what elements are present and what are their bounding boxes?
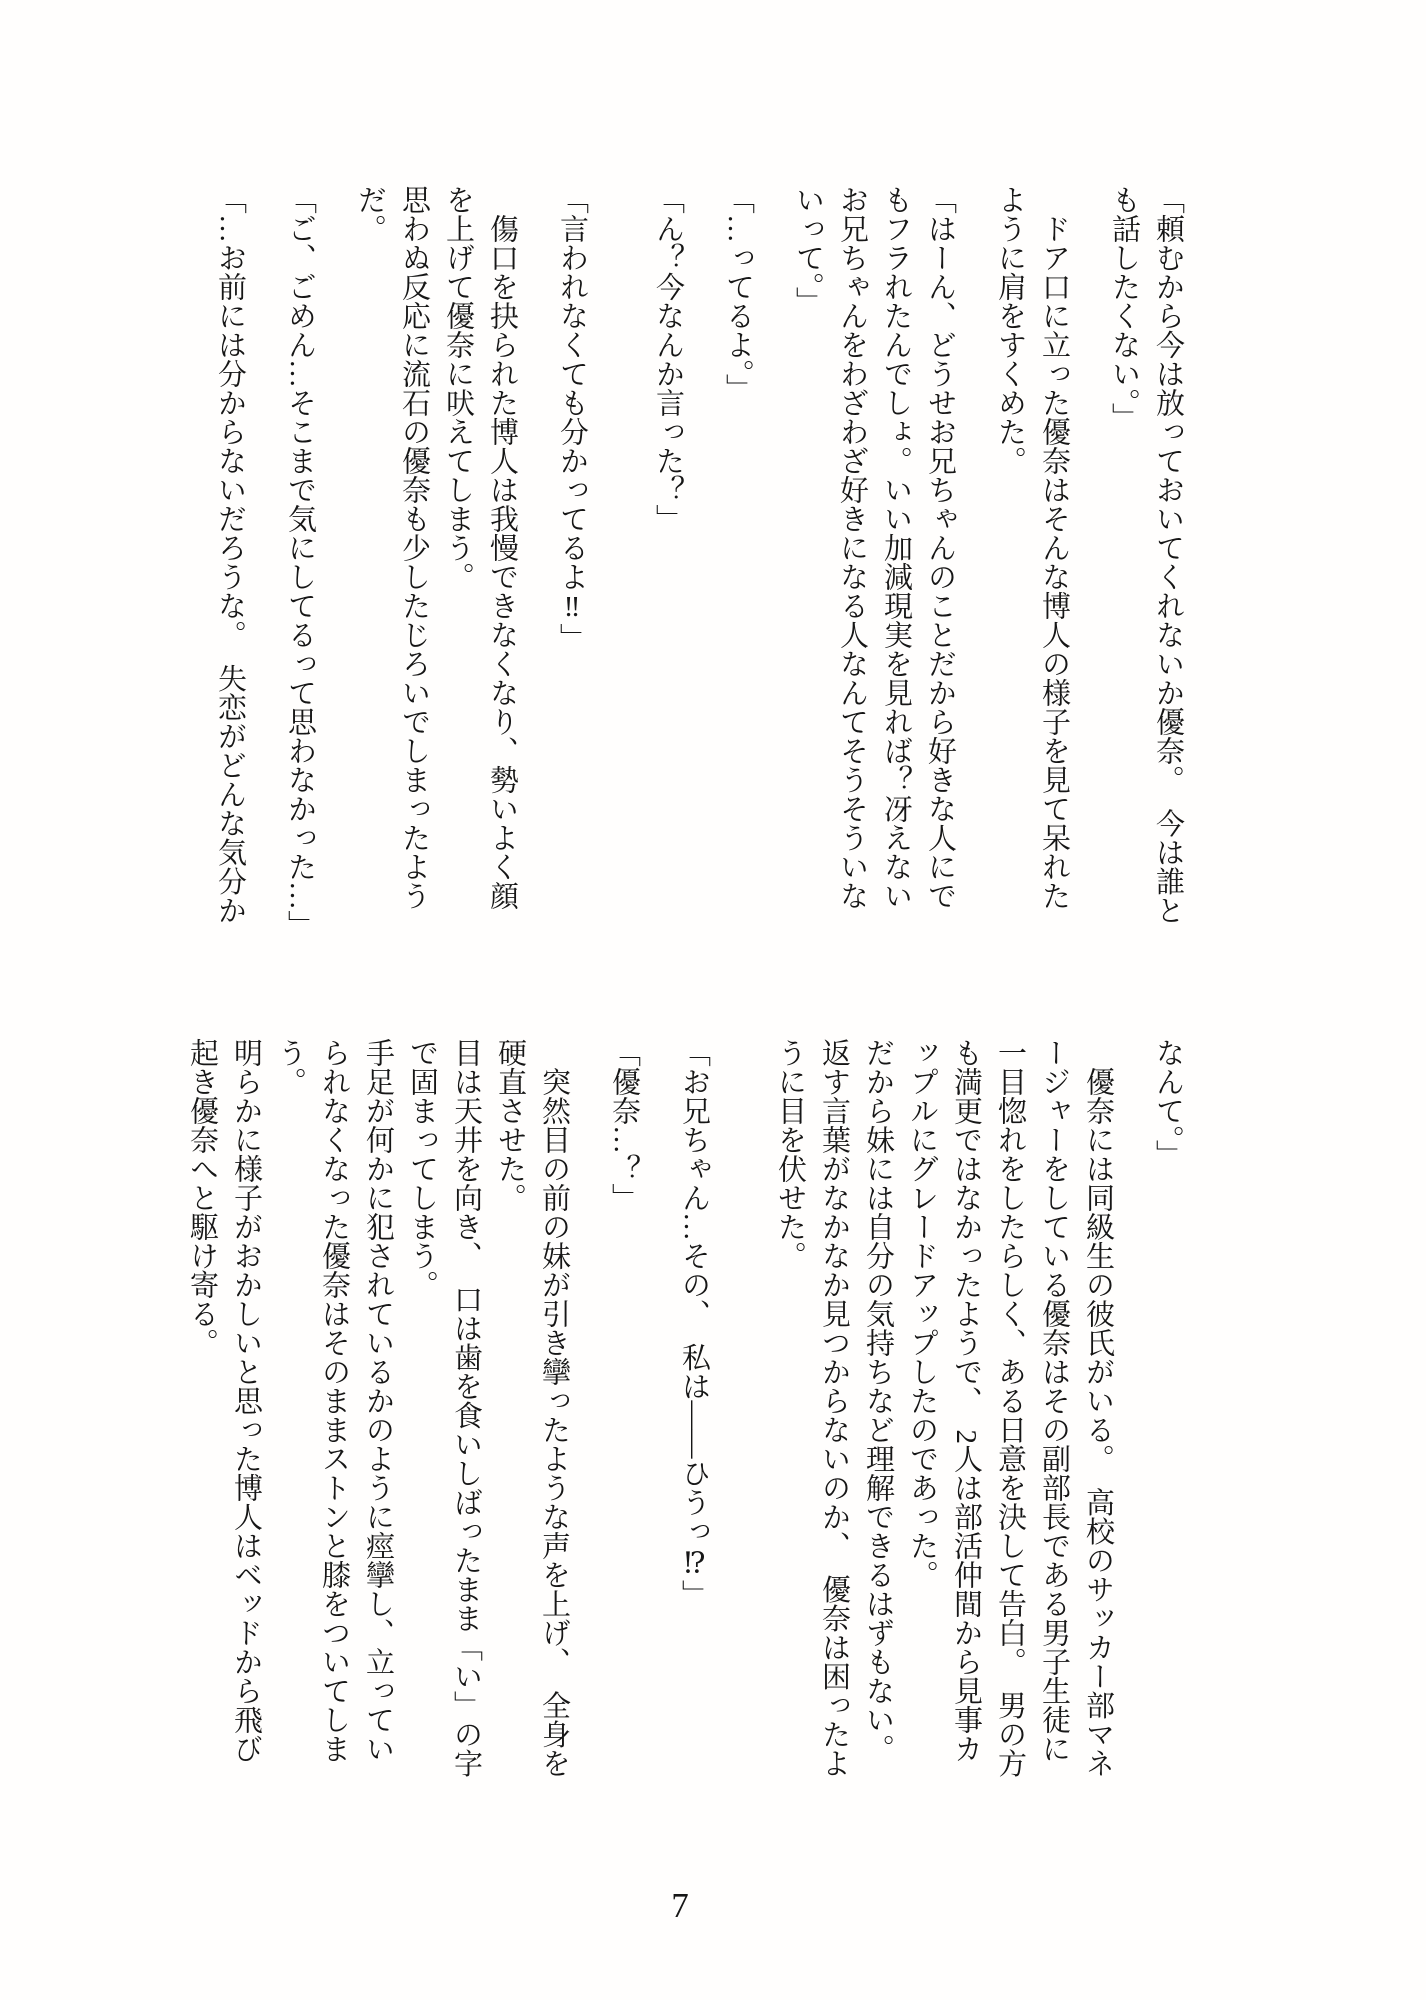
text-line: 返す言葉がなかなか見つからないのか、 優奈は困ったよ — [812, 1038, 856, 1826]
text-line: 「言われなくても分かってるよ‼」 — [550, 185, 594, 973]
paragraph: 「優奈…？」 — [602, 1038, 646, 1826]
text-line: 「はーん、どうせお兄ちゃんのことだから好きな人にで — [918, 185, 962, 973]
paragraph: 「…ってるよ。」 — [716, 185, 760, 973]
paragraph: 「はーん、どうせお兄ちゃんのことだから好きな人にでもフラれたんでしょ。いい加減現… — [786, 185, 962, 973]
text-line: 「優奈…？」 — [602, 1038, 646, 1826]
text-line: なんて。」 — [1146, 1038, 1190, 1826]
paragraph: なんて。」 — [1146, 1038, 1190, 1826]
paragraph: 傷口を抉られた博人は我慢できなくなり、勢いよく顔を上げて優奈に吠えてしまう。 — [436, 185, 524, 973]
novel-page: 「頼むから今は放っておいてくれないか優奈。 今は誰とも話したくない。」 ドア口に… — [0, 0, 1426, 2000]
paragraph: 優奈には同級生の彼氏がいる。 高校のサッカー部マネージャーをしている優奈はその副… — [900, 1038, 1120, 1826]
text-line: 「ご、ごめん…そこまで気にしてるって思わなかった…」 — [278, 185, 322, 973]
text-line: 思わぬ反応に流石の優奈も少したじろいでしまったよう — [392, 185, 436, 973]
text-line: だから妹には自分の気持ちなど理解できるはずもない。 — [856, 1038, 900, 1826]
paragraph: 「頼むから今は放っておいてくれないか優奈。 今は誰とも話したくない。」 — [1102, 185, 1190, 973]
paragraph: 「…お前には分からないだろうな。 失恋がどんな気分か — [208, 185, 252, 973]
text-line: 一目惚れをしたらしく、ある日意を決して告白。 男の方 — [988, 1038, 1032, 1826]
text-line: ドア口に立った優奈はそんな博人の様子を見て呆れた — [1032, 185, 1076, 973]
text-line: も話したくない。」 — [1102, 185, 1146, 973]
text-line: 「…ってるよ。」 — [716, 185, 760, 973]
text-line: を上げて優奈に吠えてしまう。 — [436, 185, 480, 973]
text-line: 明らかに様子がおかしいと思った博人はベッドから飛び — [224, 1038, 268, 1826]
paragraph: 「ご、ごめん…そこまで気にしてるって思わなかった…」 — [278, 185, 322, 973]
text-line: いって。」 — [786, 185, 830, 973]
text-line: 「…お前には分からないだろうな。 失恋がどんな気分か — [208, 185, 252, 973]
lower-text-band: なんて。」 優奈には同級生の彼氏がいる。 高校のサッカー部マネージャーをしている… — [178, 1038, 1190, 1826]
paragraph: だから妹には自分の気持ちなど理解できるはずもない。 — [856, 1038, 900, 1826]
page-number: 7 — [655, 1886, 705, 1926]
text-line: 硬直させた。 — [488, 1038, 532, 1826]
text-line: で固まってしまう。 — [400, 1038, 444, 1826]
paragraph: 手足が何かに犯されているかのように痙攣し、立っていられなくなった優奈はそのままス… — [268, 1038, 400, 1826]
text-line: 「頼むから今は放っておいてくれないか優奈。 今は誰と — [1146, 185, 1190, 973]
paragraph: 思わぬ反応に流石の優奈も少したじろいでしまったようだ。 — [348, 185, 436, 973]
text-line: ージャーをしている優奈はその副部長である男子生徒に — [1032, 1038, 1076, 1826]
text-line: うに目を伏せた。 — [768, 1038, 812, 1826]
text-line: 「お兄ちゃん…その、 私は――ひうっ⁉」 — [672, 1038, 716, 1826]
upper-text-band: 「頼むから今は放っておいてくれないか優奈。 今は誰とも話したくない。」 ドア口に… — [178, 185, 1190, 973]
text-line: ように肩をすくめた。 — [988, 185, 1032, 973]
text-line: 手足が何かに犯されているかのように痙攣し、立ってい — [356, 1038, 400, 1826]
text-line: 目は天井を向き、 口は歯を食いしばったまま「い」の字 — [444, 1038, 488, 1826]
text-line: 突然目の前の妹が引き攣ったような声を上げ、 全身を — [532, 1038, 576, 1826]
text-line: もフラれたんでしょ。いい加減現実を見れば？冴えない — [874, 185, 918, 973]
text-line: 「ん？今なんか言った？」 — [646, 185, 690, 973]
paragraph: 「言われなくても分かってるよ‼」 — [550, 185, 594, 973]
text-line: 傷口を抉られた博人は我慢できなくなり、勢いよく顔 — [480, 185, 524, 973]
text-line: う。 — [268, 1038, 312, 1826]
text-line: 起き優奈へと駆け寄る。 — [180, 1038, 224, 1826]
paragraph: 返す言葉がなかなか見つからないのか、 優奈は困ったように目を伏せた。 — [768, 1038, 856, 1826]
text-line: お兄ちゃんをわざわざ好きになる人なんてそうそういな — [830, 185, 874, 973]
text-line: ップルにグレードアップしたのであった。 — [900, 1038, 944, 1826]
paragraph: ドア口に立った優奈はそんな博人の様子を見て呆れたように肩をすくめた。 — [988, 185, 1076, 973]
text-line: だ。 — [348, 185, 392, 973]
paragraph: 「お兄ちゃん…その、 私は――ひうっ⁉」 — [672, 1038, 716, 1826]
text-line: 優奈には同級生の彼氏がいる。 高校のサッカー部マネ — [1076, 1038, 1120, 1826]
text-line: られなくなった優奈はそのままストンと膝をついてしま — [312, 1038, 356, 1826]
text-line: も満更ではなかったようで、 2人は部活仲間から見事カ — [944, 1038, 988, 1826]
paragraph: 明らかに様子がおかしいと思った博人はベッドから飛び起き優奈へと駆け寄る。 — [180, 1038, 268, 1826]
paragraph: 「ん？今なんか言った？」 — [646, 185, 690, 973]
paragraph: 目は天井を向き、 口は歯を食いしばったまま「い」の字で固まってしまう。 — [400, 1038, 488, 1826]
paragraph: 突然目の前の妹が引き攣ったような声を上げ、 全身を硬直させた。 — [488, 1038, 576, 1826]
